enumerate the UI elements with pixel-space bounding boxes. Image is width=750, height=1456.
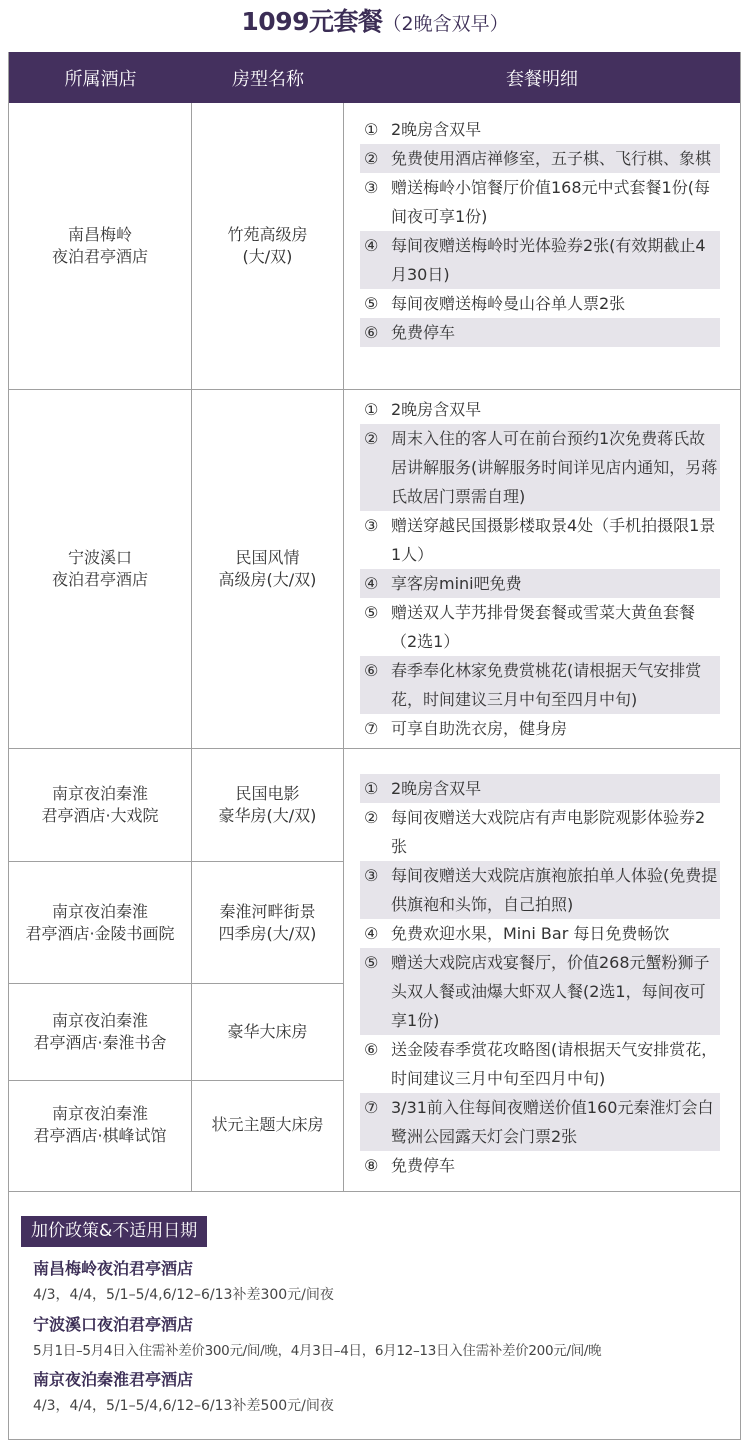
package-table: 所属酒店 房型名称 套餐明细 南昌梅岭夜泊君亭酒店 竹苑高级房(大/双) ①2晚… (8, 52, 741, 1192)
header-package-details: 套餐明细 (344, 52, 740, 103)
policy-entry: 宁波溪口夜泊君亭酒店 5月1日–5月4日入住需补差价300元/间/晚，4月3日–… (33, 1312, 733, 1364)
detail-item: ①2晚房含双早 (360, 774, 720, 803)
detail-item: ⑥送金陵春季赏花攻略图(请根据天气安排赏花，时间建议三月中旬至四月中旬) (360, 1035, 720, 1093)
hotel-cell: 宁波溪口夜泊君亭酒店 (9, 390, 192, 748)
hotel-name-line: 南昌梅岭 (52, 224, 148, 246)
detail-item: ⑧免费停车 (360, 1151, 720, 1180)
detail-item: ④享客房mini吧免费 (360, 569, 720, 598)
room-name-line: 民国风情 (219, 547, 317, 569)
policy-hotel-name: 南京夜泊秦淮君亭酒店 (33, 1367, 733, 1393)
room-cell: 民国电影豪华房(大/双) (192, 749, 344, 861)
detail-item: ①2晚房含双早 (360, 395, 720, 424)
detail-item: ③赠送梅岭小馆餐厅价值168元中式套餐1份(每间夜可享1份) (360, 173, 720, 231)
detail-item: ③每间夜赠送大戏院店旗袍旅拍单人体验(免费提供旗袍和头饰，自己拍照) (360, 861, 720, 919)
policy-hotel-name: 南昌梅岭夜泊君亭酒店 (33, 1256, 733, 1282)
table-row-ningbo: 宁波溪口夜泊君亭酒店 民国风情高级房(大/双) ①2晚房含双早 ②周末入住的客人… (9, 390, 740, 749)
package-title-sub: （2晚含双早） (383, 13, 509, 35)
detail-item: ⑤每间夜赠送梅岭曼山谷单人票2张 (360, 289, 720, 318)
room-name-line: (大/双) (227, 246, 307, 268)
policy-section: 加价政策&不适用日期 南昌梅岭夜泊君亭酒店 4/3，4/4，5/1–5/4,6/… (8, 1192, 741, 1440)
detail-item: ⑥春季奉化林家免费赏桃花(请根据天气安排赏花，时间建议三月中旬至四月中旬) (360, 656, 720, 714)
room-cell: 竹苑高级房(大/双) (192, 103, 344, 389)
nanjing-sub-row: 南京夜泊秦淮君亭酒店·金陵书画院 秦淮河畔街景四季房(大/双) (9, 862, 344, 984)
detail-item: ④免费欢迎水果，Mini Bar 每日免费畅饮 (360, 919, 720, 948)
table-row-nanjing: 南京夜泊秦淮君亭酒店·大戏院 民国电影豪华房(大/双) 南京夜泊秦淮君亭酒店·金… (9, 749, 740, 1192)
room-cell: 民国风情高级房(大/双) (192, 390, 344, 748)
detail-item: ③赠送穿越民国摄影楼取景4处（手机拍摄限1景1人） (360, 511, 720, 569)
policy-text: 4/3，4/4，5/1–5/4,6/12–6/13补差500元/间夜 (33, 1393, 733, 1419)
policy-entry: 南京夜泊秦淮君亭酒店 4/3，4/4，5/1–5/4,6/12–6/13补差50… (33, 1367, 733, 1419)
table-header: 所属酒店 房型名称 套餐明细 (9, 52, 740, 103)
hotel-cell: 南昌梅岭夜泊君亭酒店 (9, 103, 192, 389)
detail-item: ⑥免费停车 (360, 318, 720, 347)
hotel-cell: 南京夜泊秦淮君亭酒店·金陵书画院 (9, 862, 192, 983)
detail-item: ④每间夜赠送梅岭时光体验券2张(有效期截止4月30日) (360, 231, 720, 289)
room-name-line: 高级房(大/双) (219, 569, 317, 591)
policy-hotel-name: 宁波溪口夜泊君亭酒店 (33, 1312, 733, 1338)
header-hotel: 所属酒店 (9, 52, 192, 103)
package-details: ①2晚房含双早 ②每间夜赠送大戏院店有声电影院观影体验券2张 ③每间夜赠送大戏院… (344, 749, 740, 1191)
nanjing-sub-row: 南京夜泊秦淮君亭酒店·大戏院 民国电影豪华房(大/双) (9, 749, 344, 862)
policy-text: 5月1日–5月4日入住需补差价300元/间/晚，4月3日–4日，6月12–13日… (33, 1338, 733, 1364)
detail-item: ⑤赠送双人芋艿排骨煲套餐或雪菜大黄鱼套餐（2选1） (360, 598, 720, 656)
hotel-name-line: 夜泊君亭酒店 (52, 569, 148, 591)
package-details: ①2晚房含双早 ②周末入住的客人可在前台预约1次免费蒋氏故居讲解服务(讲解服务时… (344, 390, 740, 748)
nanjing-sub-rows: 南京夜泊秦淮君亭酒店·大戏院 民国电影豪华房(大/双) 南京夜泊秦淮君亭酒店·金… (9, 749, 344, 1191)
hotel-name-line: 宁波溪口 (52, 547, 148, 569)
room-cell: 状元主题大床房 (192, 1081, 344, 1191)
detail-item: ⑦可享自助洗衣房，健身房 (360, 714, 720, 743)
detail-item: ②周末入住的客人可在前台预约1次免费蒋氏故居讲解服务(讲解服务时间详见店内通知，… (360, 424, 720, 511)
hotel-cell: 南京夜泊秦淮君亭酒店·棋峰试馆 (9, 1081, 192, 1191)
policy-badge: 加价政策&不适用日期 (21, 1216, 207, 1247)
nanjing-sub-row: 南京夜泊秦淮君亭酒店·秦淮书舍 豪华大床房 (9, 984, 344, 1081)
detail-item: ⑦3/31前入住每间夜赠送价值160元秦淮灯会白鹭洲公园露天灯会门票2张 (360, 1093, 720, 1151)
detail-item: ⑤赠送大戏院店戏宴餐厅，价值268元蟹粉狮子头双人餐或油爆大虾双人餐(2选1，每… (360, 948, 720, 1035)
hotel-cell: 南京夜泊秦淮君亭酒店·大戏院 (9, 749, 192, 861)
header-room-type: 房型名称 (192, 52, 344, 103)
package-title: 1099元套餐（2晚含双早） (0, 2, 750, 42)
hotel-cell: 南京夜泊秦淮君亭酒店·秦淮书舍 (9, 984, 192, 1080)
room-cell: 秦淮河畔街景四季房(大/双) (192, 862, 344, 983)
hotel-name-line: 夜泊君亭酒店 (52, 246, 148, 268)
table-row-nanchang: 南昌梅岭夜泊君亭酒店 竹苑高级房(大/双) ①2晚房含双早 ②免费使用酒店禅修室… (9, 103, 740, 390)
policy-text: 4/3，4/4，5/1–5/4,6/12–6/13补差300元/间夜 (33, 1282, 733, 1308)
package-details: ①2晚房含双早 ②免费使用酒店禅修室，五子棋、飞行棋、象棋 ③赠送梅岭小馆餐厅价… (344, 103, 740, 389)
room-cell: 豪华大床房 (192, 984, 344, 1080)
room-name-line: 竹苑高级房 (227, 224, 307, 246)
package-title-main: 1099元套餐 (241, 7, 382, 36)
nanjing-sub-row: 南京夜泊秦淮君亭酒店·棋峰试馆 状元主题大床房 (9, 1081, 344, 1191)
policy-entry: 南昌梅岭夜泊君亭酒店 4/3，4/4，5/1–5/4,6/12–6/13补差30… (33, 1256, 733, 1308)
detail-item: ②免费使用酒店禅修室，五子棋、飞行棋、象棋 (360, 144, 720, 173)
detail-item: ①2晚房含双早 (360, 115, 720, 144)
detail-item: ②每间夜赠送大戏院店有声电影院观影体验券2张 (360, 803, 720, 861)
